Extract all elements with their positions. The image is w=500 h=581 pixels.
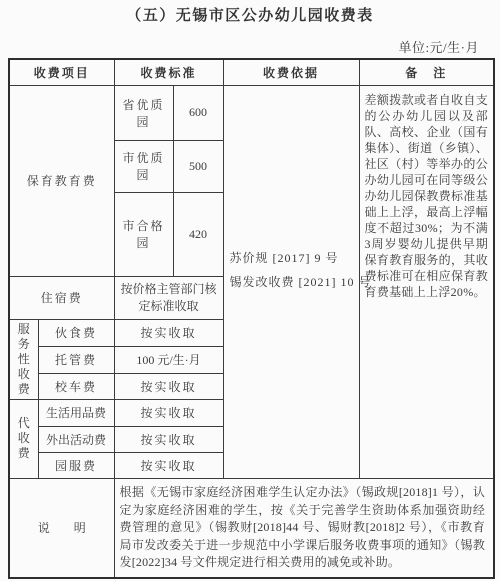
fee-basis-cell: 苏价规 [2017] 9 号 锡发改收费 [2021] 10 号 [223, 85, 359, 478]
daily-supplies-fee-standard: 按实收取 [114, 399, 223, 426]
price-provincial-quality: 600 [173, 85, 223, 140]
header-fee-basis: 收费依据 [223, 59, 359, 85]
uniform-fee-standard: 按实收取 [114, 452, 223, 478]
agency-fee-group-label: 代收费 [9, 399, 38, 478]
meal-fee-label: 伙食费 [38, 319, 114, 346]
basis-document-1: 苏价规 [2017] 9 号 [230, 246, 355, 270]
fee-table: 收费项目 收费标准 收费依据 备 注 保育教育费 省优质园 600 苏价规 [2… [8, 58, 495, 579]
daily-supplies-fee-label: 生活用品费 [38, 399, 114, 426]
custody-fee-standard: 100 元/生·月 [114, 346, 223, 373]
uniform-fee-label: 园服费 [38, 452, 114, 478]
table-row-provincial: 保育教育费 省优质园 600 苏价规 [2017] 9 号 锡发改收费 [202… [9, 85, 494, 140]
header-fee-item: 收费项目 [9, 59, 114, 85]
outing-fee-standard: 按实收取 [114, 426, 223, 452]
price-city-quality: 500 [173, 140, 223, 192]
header-fee-standard: 收费标准 [114, 59, 223, 85]
level-city-qualified: 市合格园 [114, 192, 173, 276]
custody-fee-label: 托管费 [38, 346, 114, 373]
remark-text: 差额拨款或者自收自支的公办幼儿园以及部队、高校、企业（国有集体）、街道（乡镇）、… [365, 92, 489, 300]
nursery-fee-label: 保育教育费 [9, 85, 114, 276]
fee-schedule-page: （五）无锡市区公办幼儿园收费表 单位:元/生·月 收费项目 收费标准 收费依据 … [0, 0, 500, 581]
lodging-fee-label: 住宿费 [9, 276, 114, 319]
schoolbus-fee-standard: 按实收取 [114, 373, 223, 399]
header-remark: 备 注 [359, 59, 494, 85]
level-provincial-quality: 省优质园 [114, 85, 173, 140]
remark-cell: 差额拨款或者自收自支的公办幼儿园以及部队、高校、企业（国有集体）、街道（乡镇）、… [359, 85, 494, 478]
price-city-qualified: 420 [173, 192, 223, 276]
meal-fee-standard: 按实收取 [114, 319, 223, 346]
lodging-fee-standard: 按价格主管部门核定标准收取 [114, 276, 223, 319]
note-label: 说 明 [9, 478, 114, 578]
basis-document-2: 锡发改收费 [2021] 10 号 [230, 270, 355, 294]
note-text: 根据《无锡市家庭经济困难学生认定办法》（锡政规[2018]1 号），认定为家庭经… [120, 484, 486, 572]
level-city-quality: 市优质园 [114, 140, 173, 192]
schoolbus-fee-label: 校车费 [38, 373, 114, 399]
note-cell: 根据《无锡市家庭经济困难学生认定办法》（锡政规[2018]1 号），认定为家庭经… [114, 478, 494, 578]
service-fee-group-label: 服务性收费 [9, 319, 38, 399]
header-row: 收费项目 收费标准 收费依据 备 注 [9, 59, 494, 85]
outing-fee-label: 外出活动费 [38, 426, 114, 452]
page-title: （五）无锡市区公办幼儿园收费表 [0, 7, 500, 26]
table-row-note: 说 明 根据《无锡市家庭经济困难学生认定办法》（锡政规[2018]1 号），认定… [9, 478, 494, 578]
unit-label: 单位:元/生·月 [8, 40, 493, 55]
